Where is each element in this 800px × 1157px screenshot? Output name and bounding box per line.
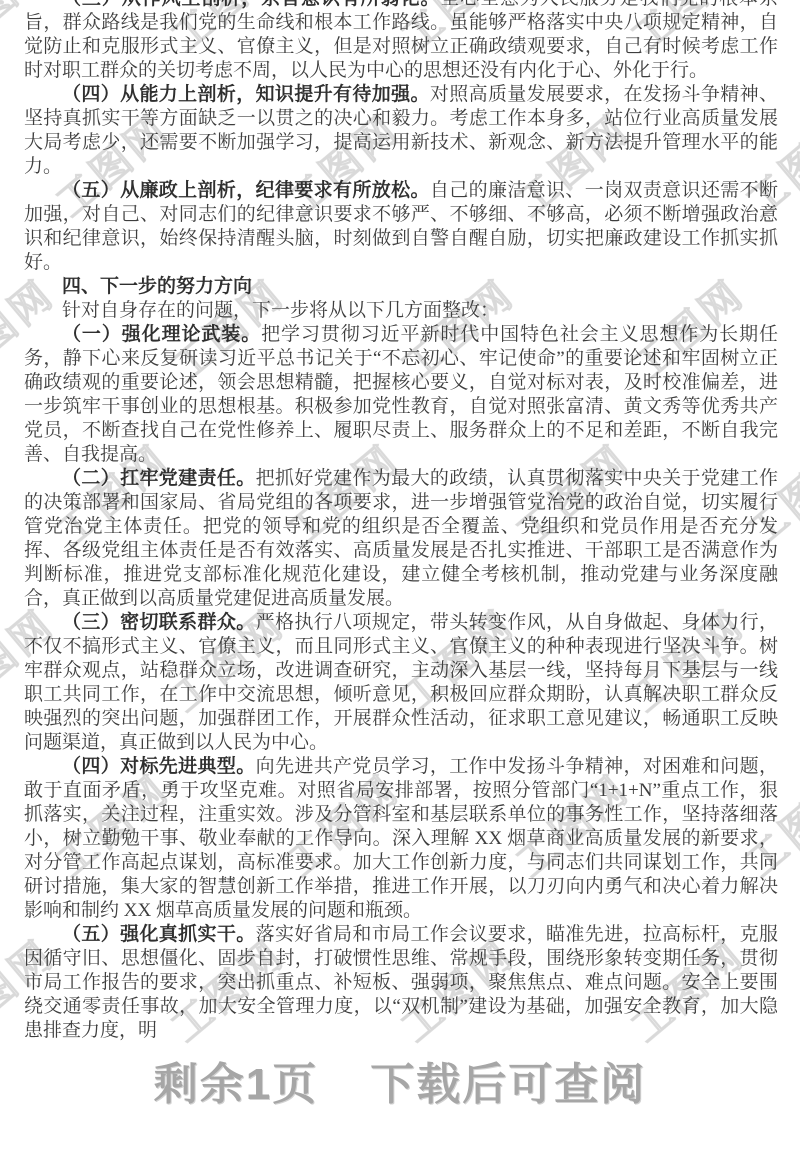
paragraph-lead: （四）对标先进典型。 xyxy=(62,756,256,777)
paragraph-lead: （四）从能力上剖析，知识提升有待加强。 xyxy=(62,84,430,105)
paragraph: （五）从廉政上剖析，纪律要求有所放松。自己的廉洁意识、一岗双责意识还需不断加强，… xyxy=(24,179,778,275)
paragraph: （四）对标先进典型。向先进共产党员学习，工作中发扬斗争精神，对困难和问题，敢于直… xyxy=(24,755,778,923)
paragraph-body: 把抓好党建作为最大的政绩，认真贯彻落实中央关于党建工作的决策部署和国家局、省局党… xyxy=(24,468,778,609)
paragraph: （五）强化真抓实干。落实好省局和市局工作会议要求，瞄准先进，拉高标杆，克服因循守… xyxy=(24,923,778,1043)
paragraph-body: 全心全意为人民服务是我们党的根本宗旨，群众路线是我们党的生命线和根本工作路线。虽… xyxy=(24,0,778,81)
paragraph-lead: （五）强化真抓实干。 xyxy=(62,924,256,945)
paragraph: （二）扛牢党建责任。把抓好党建作为最大的政绩，认真贯彻落实中央关于党建工作的决策… xyxy=(24,467,778,611)
paragraph-lead: （三）从作风上剖析，宗旨意识有所弱化。 xyxy=(62,0,440,9)
document-content: （三）从作风上剖析，宗旨意识有所弱化。全心全意为人民服务是我们党的根本宗旨，群众… xyxy=(24,0,778,1043)
paragraph: 针对自身存在的问题，下一步将从以下几方面整改： xyxy=(24,299,778,323)
paragraph: （三）从作风上剖析，宗旨意识有所弱化。全心全意为人民服务是我们党的根本宗旨，群众… xyxy=(24,0,778,83)
paragraph-lead: （一）强化理论武装。 xyxy=(62,324,261,345)
banner-download-hint: 下载后可查阅 xyxy=(370,1048,646,1112)
paragraph-lead: （五）从廉政上剖析，纪律要求有所放松。 xyxy=(62,180,430,201)
paragraph-body: 针对自身存在的问题，下一步将从以下几方面整改： xyxy=(62,300,499,321)
paragraph: （四）从能力上剖析，知识提升有待加强。对照高质量发展要求，在发扬斗争精神、坚持真… xyxy=(24,83,778,179)
paragraph-body: 严格执行八项规定，带头转变作风，从自身做起、身体力行，不仅不搞形式主义、官僚主义… xyxy=(24,612,778,753)
paragraph-body: 把学习贯彻习近平新时代中国特色社会主义思想作为长期任务，静下心来反复研读习近平总… xyxy=(24,324,778,465)
paragraph-lead: （三）密切联系群众。 xyxy=(62,612,256,633)
section-heading: 四、下一步的努力方向 xyxy=(24,275,778,299)
paragraph-lead: （二）扛牢党建责任。 xyxy=(62,468,256,489)
paragraph: （三）密切联系群众。严格执行八项规定，带头转变作风，从自身做起、身体力行，不仅不… xyxy=(24,611,778,755)
paragraph-body: 向先进共产党员学习，工作中发扬斗争精神，对困难和问题，敢于直面矛盾，勇于攻坚克难… xyxy=(24,756,778,921)
banner-pages-left: 剩余1页 xyxy=(154,1048,318,1112)
paragraph: （一）强化理论武装。把学习贯彻习近平新时代中国特色社会主义思想作为长期任务，静下… xyxy=(24,323,778,467)
section-heading-text: 四、下一步的努力方向 xyxy=(62,276,252,297)
document-page: 工图网工图网工图网工图网工图网工图网工图网工图网工图网工图网工图网工图网工图网工… xyxy=(0,0,800,1157)
remaining-pages-banner[interactable]: 剩余1页 下载后可查阅 xyxy=(0,1048,800,1112)
